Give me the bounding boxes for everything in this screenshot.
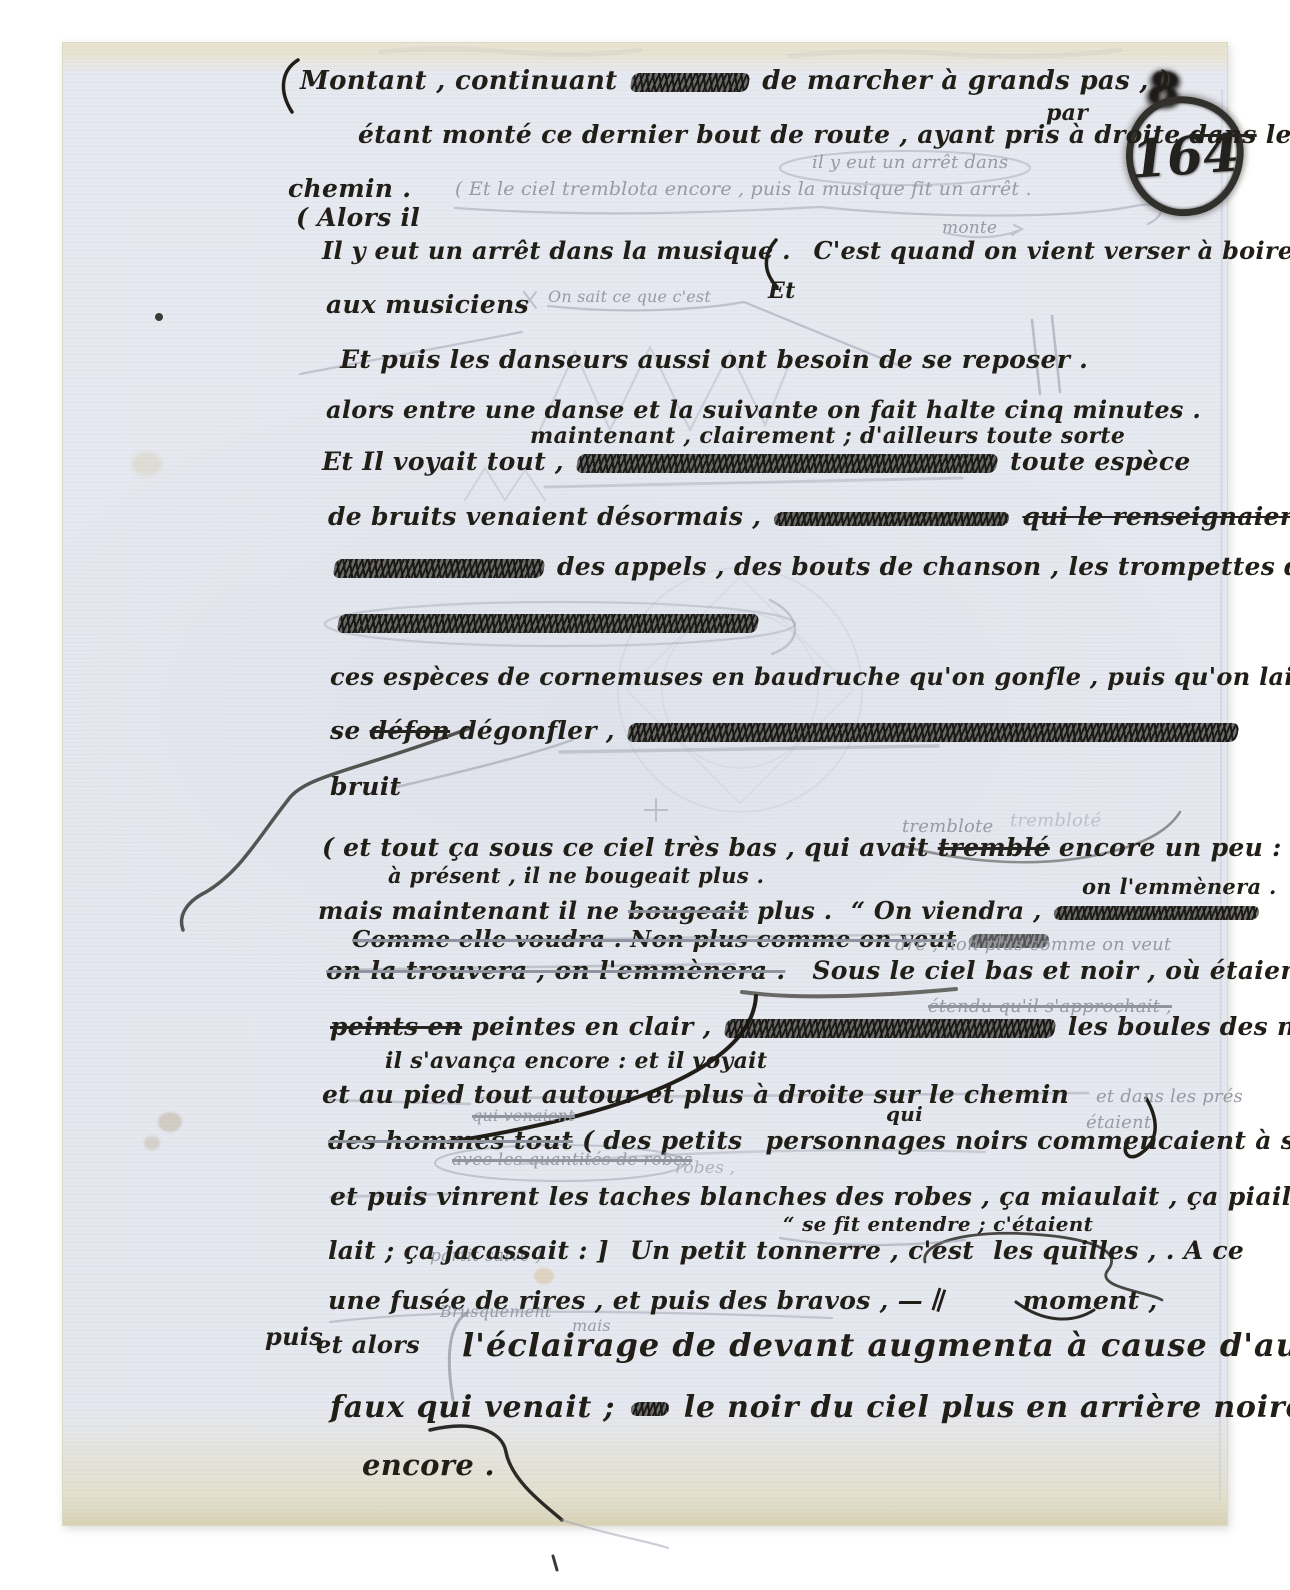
paper-stain xyxy=(132,452,162,476)
pencil-note-monte: monte xyxy=(942,218,997,238)
ink-line-29-etalors: et alors xyxy=(316,1330,420,1359)
ink-line-16: ( et tout ça sous ce ciel très bas , qui… xyxy=(322,833,1282,862)
double-slash-mark: ∥ xyxy=(928,1285,950,1317)
ink-line-9: Et Il voyait tout , toute espèce xyxy=(322,447,1191,476)
ink-line-11: des appels , des bouts de chanson , les … xyxy=(330,552,1290,581)
scribble xyxy=(575,454,998,473)
pencil-note-quivenaient: qui venaient xyxy=(472,1106,575,1125)
pencil-note-brusquement: Brusquement xyxy=(440,1302,552,1321)
manuscript-scan: 8 164 Montant , continuant de marcher à … xyxy=(0,0,1290,1590)
scribble xyxy=(332,559,545,578)
ink-insert-sefit: “ se fit entendre ; c'étaient xyxy=(783,1212,1093,1236)
pencil-note-robes2: robes , xyxy=(675,1158,735,1178)
ink-line-29-puis: puis xyxy=(265,1322,323,1351)
paper-stain xyxy=(144,1136,160,1150)
ink-line-20: on la trouvera , on l'emmènera . Sous le… xyxy=(326,956,1290,985)
ink-line-23: et au pied tout autour et plus à droite … xyxy=(322,1080,1069,1109)
pencil-note-robes: avec les quantités de robes xyxy=(452,1150,692,1170)
ink-line-3: chemin . xyxy=(288,174,411,203)
paper-stain xyxy=(158,1112,182,1132)
ink-line-10: de bruits venaient désormais , qui le re… xyxy=(328,502,1290,531)
paper-stain xyxy=(534,1268,554,1284)
scribble xyxy=(336,614,759,633)
scribble xyxy=(773,512,1010,526)
ink-line-31: encore . xyxy=(362,1448,495,1482)
ink-line-12 xyxy=(334,607,762,636)
scribble xyxy=(629,73,750,92)
scribble xyxy=(626,723,1239,742)
ink-line-21: peints en peintes en clair , les boules … xyxy=(330,1012,1290,1041)
ink-line-4: ( Alors il xyxy=(296,203,420,232)
scribble xyxy=(629,1402,669,1416)
ink-insert-apresent: à présent , il ne bougeait plus . xyxy=(388,863,764,888)
pencil-note-arret: il y eut un arrêt dans xyxy=(812,152,1008,173)
ink-line-30: faux qui venait ; le noir du ciel plus e… xyxy=(330,1390,1290,1425)
ink-line-1: Montant , continuant de marcher à grands… xyxy=(300,66,1171,96)
ink-line-5: Il y eut un arrêt dans la musique . C'es… xyxy=(322,236,1290,265)
ink-line-2: étant monté ce dernier bout de route , a… xyxy=(358,120,1290,149)
ink-insert-avanca: il s'avança encore : et il voyait xyxy=(385,1048,767,1074)
ink-line-29-big: l'éclairage de devant augmenta à cause d… xyxy=(462,1326,1290,1364)
pencil-note-dre: dre , non plus comme on veut xyxy=(895,934,1171,955)
pencil-note-ciel: ( Et le ciel tremblota encore , puis la … xyxy=(455,178,1032,200)
ink-line-15: bruit xyxy=(330,772,401,801)
pencil-note-tremblote-echo: trembloté xyxy=(1010,810,1101,831)
pencil-note-sait: On sait ce que c'est xyxy=(548,287,711,306)
ink-line-14: se défon dégonfler , xyxy=(330,716,1242,745)
ink-line-18: mais maintenant il ne bougeait plus . “ … xyxy=(318,896,1263,925)
ink-line-26: et puis vinrent les taches blanches des … xyxy=(330,1182,1290,1211)
ink-insert-par: par xyxy=(1046,100,1088,126)
ink-line-7: Et puis les danseurs aussi ont besoin de… xyxy=(340,345,1088,374)
ink-insert-qui: qui xyxy=(886,1102,923,1126)
scribble xyxy=(1053,906,1260,920)
ink-insert-et: Et xyxy=(768,278,796,304)
ink-line-6: aux musiciens xyxy=(326,290,529,319)
ink-line-13: ces espèces de cornemuses en baudruche q… xyxy=(330,662,1290,691)
scribble xyxy=(723,1019,1056,1038)
ink-line-8: alors entre une danse et la suivante on … xyxy=(326,395,1201,424)
ink-insert-maintenant: maintenant , clairement ; d'ailleurs tou… xyxy=(530,423,1125,449)
ink-line-27: lait ; ça jacassait : ] Un petit tonnerr… xyxy=(328,1236,1244,1265)
ink-speck xyxy=(155,313,163,321)
pencil-note-pres: et dans les prés xyxy=(1096,1086,1243,1107)
